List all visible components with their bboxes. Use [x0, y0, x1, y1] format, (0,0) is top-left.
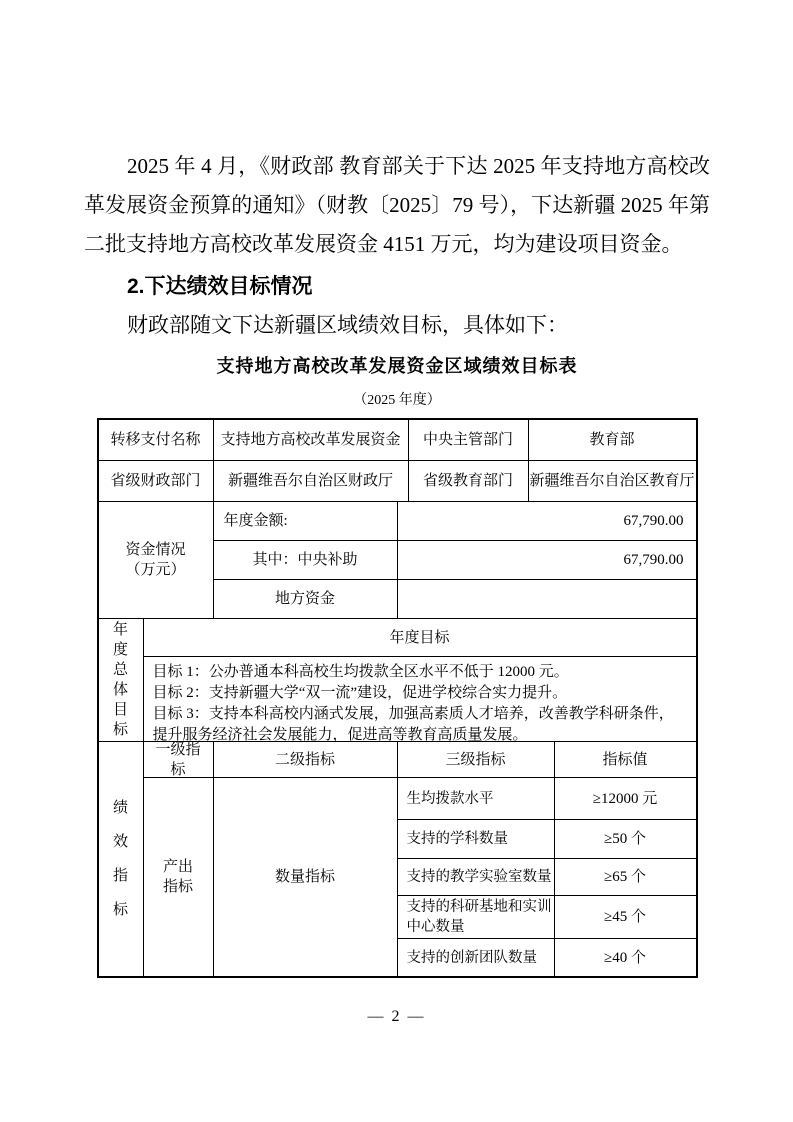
cell-central-subsidy-label: 其中：中央补助 — [214, 541, 397, 579]
cell-annual-goal-header: 年度目标 — [144, 619, 696, 656]
cell-prov-finance-label: 省级财政部门 — [99, 461, 213, 501]
indicator-row-value: ≥40 个 — [555, 939, 696, 976]
table-period: （2025 年度） — [84, 389, 710, 409]
indicator-row-name: 支持的学科数量 — [398, 820, 554, 858]
cell-indicator-side-label: 绩效指标 — [99, 742, 143, 976]
indicator-row-name: 支持的教学实验室数量 — [398, 859, 554, 895]
header-level1-indicator: 一级指标 — [144, 742, 213, 777]
indicator-row-name: 支持的创新团队数量 — [398, 939, 554, 976]
page-content: 2025 年 4 月，《财政部 教育部关于下达 2025 年支持地方高校改革发展… — [84, 147, 710, 978]
indicator-row-name: 生均拨款水平 — [398, 778, 554, 819]
header-level3-indicator: 三级指标 — [398, 742, 554, 777]
header-indicator-value: 指标值 — [555, 742, 696, 777]
cell-annual-goal-side-label: 年度总体目标 — [99, 619, 143, 741]
cell-transfer-name-label: 转移支付名称 — [99, 420, 213, 460]
cell-annual-goal-content: 目标 1：公办普通本科高校生均拨款全区水平不低于 12000 元。 目标 2：支… — [144, 657, 696, 741]
cell-transfer-name-value: 支持地方高校改革发展资金 — [214, 420, 408, 460]
cell-annual-amount-label: 年度金额: — [214, 502, 397, 540]
indicator-row-value: ≥65 个 — [555, 859, 696, 895]
indicator-row-name: 支持的科研基地和实训中心数量 — [398, 896, 554, 938]
performance-target-table: 转移支付名称 支持地方高校改革发展资金 中央主管部门 教育部 省级财政部门 新疆… — [97, 418, 698, 978]
cell-annual-amount-value: 67,790.00 — [398, 502, 696, 540]
cell-central-dept-label: 中央主管部门 — [409, 420, 528, 460]
header-level2-indicator: 二级指标 — [214, 742, 397, 777]
cell-funding-label: 资金情况 （万元） — [99, 502, 213, 618]
cell-central-dept-value: 教育部 — [529, 420, 696, 460]
cell-central-subsidy-value: 67,790.00 — [398, 541, 696, 579]
section-intro: 财政部随文下达新疆区域绩效目标，具体如下： — [84, 306, 710, 345]
cell-quantity-indicator: 数量指标 — [214, 778, 397, 976]
page-number: — 2 — — [0, 1008, 793, 1026]
table-title: 支持地方高校改革发展资金区域绩效目标表 — [84, 352, 710, 378]
indicator-row-value: ≥50 个 — [555, 820, 696, 858]
cell-local-funds-value — [398, 580, 696, 618]
document-page: 2025 年 4 月，《财政部 教育部关于下达 2025 年支持地方高校改革发展… — [0, 0, 793, 1122]
cell-local-funds-label: 地方资金 — [214, 580, 397, 618]
indicator-row-value: ≥45 个 — [555, 896, 696, 938]
section-heading: 2.下达绩效目标情况 — [84, 268, 710, 306]
cell-prov-finance-value: 新疆维吾尔自治区财政厅 — [214, 461, 408, 501]
cell-prov-edu-value: 新疆维吾尔自治区教育厅 — [529, 461, 696, 501]
annual-goal-vertical-text: 年度总体目标 — [113, 620, 129, 740]
cell-output-indicator: 产出指标 — [144, 778, 213, 976]
indicator-vertical-text: 绩效指标 — [113, 791, 129, 927]
cell-prov-edu-label: 省级教育部门 — [409, 461, 528, 501]
intro-paragraph: 2025 年 4 月，《财政部 教育部关于下达 2025 年支持地方高校改革发展… — [84, 147, 710, 264]
indicator-row-value: ≥12000 元 — [555, 778, 696, 819]
